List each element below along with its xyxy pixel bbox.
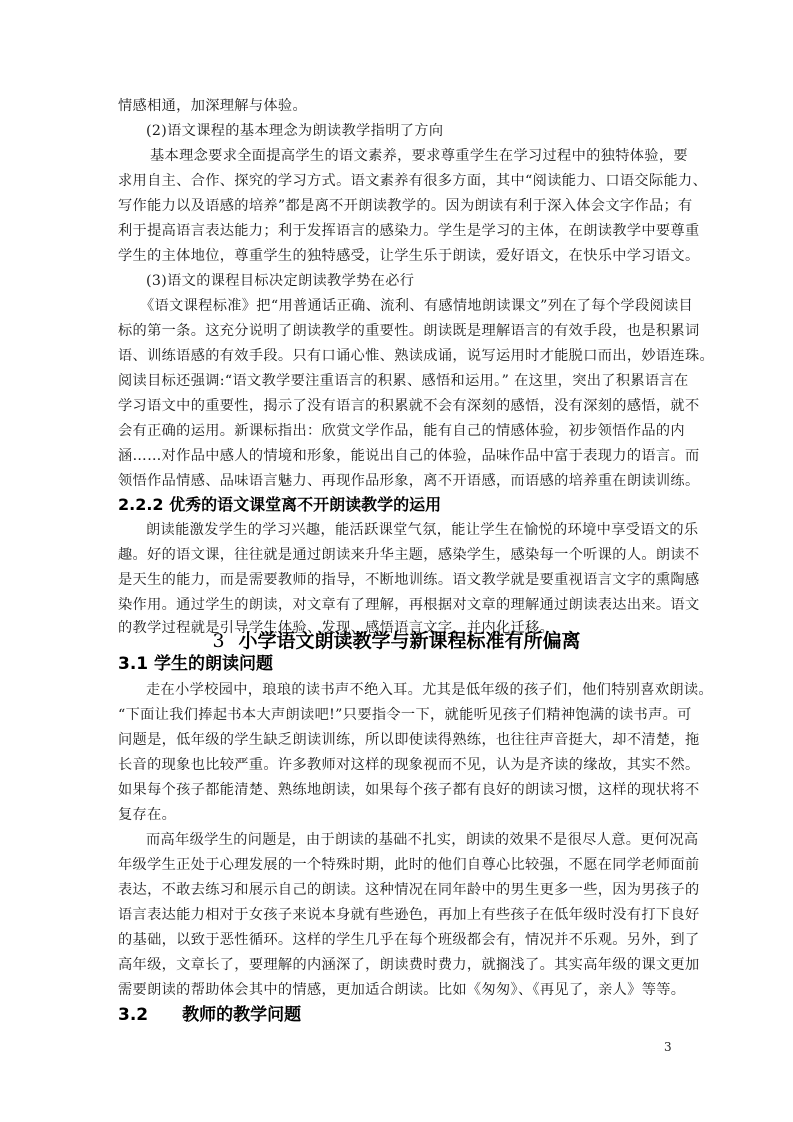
paragraph-line: 基本理念要求全面提高学生的语文素养，要求尊重学生在学习过程中的独特体验，要 [150, 146, 682, 166]
section-heading-3-2: 3.2教师的教学问题 [118, 1003, 301, 1027]
paragraph-line: 语言表达能力相对于女孩子来说本身就有些逊色，再加上有些孩子在低年级时没有打下良好 [118, 905, 678, 925]
subheading-3: (3)语文的课程目标决定朗读教学势在必行 [146, 271, 678, 291]
paragraph-line: 高年级，文章长了，要理解的内涵深了，朗读费时费力，就搁浅了。其实高年级的课文更加 [118, 955, 678, 975]
paragraph-line: 如果每个孩子都能清楚、熟练地朗读，如果每个孩子都有良好的朗读习惯，这样的现状将不 [118, 780, 678, 800]
chapter-title: 小学语文朗读教学与新课程标准有所偏离 [239, 630, 581, 652]
paragraph-line: 求用自主、合作、探究的学习方式。语文素养有很多方面，其中“阅读能力、口语交际能力… [118, 171, 678, 191]
section-heading-2-2-2: 2.2.2 优秀的语文课堂离不开朗读教学的运用 [118, 494, 441, 516]
paragraph-line: 领悟作品情感、品味语言魅力、再现作品形象，离不开语感，而语感的培养重在朗读训练。 [118, 471, 678, 491]
section-heading-3-1: 3.1 学生的朗读问题 [118, 652, 273, 676]
paragraph-line: 问题是，低年级的学生缺乏朗读训练，所以即使读得熟练，也往往声音挺大，却不清楚，拖 [118, 730, 678, 750]
paragraph-line: “下面让我们捧起书本大声朗读吧!”只要指令一下，就能听见孩子们精神饱满的读书声。… [118, 705, 678, 725]
paragraph-line: 《语文课程标准》把“用普通话正确、流利、有感情地朗读课文”列在了每个学段阅读目 [140, 296, 672, 316]
paragraph-line: 利于提高语言表达能力；利于发挥语言的感染力。学生是学习的主体，在朗读教学中要尊重 [118, 221, 678, 241]
paragraph-line: 年级学生正处于心理发展的一个特殊时期，此时的他们自尊心比较强，不愿在同学老师面前 [118, 855, 678, 875]
section-title: 教师的教学问题 [182, 1005, 301, 1025]
paragraph-line: 的基础，以致于恶性循环。这样的学生几乎在每个班级都会有，情况并不乐观。另外，到了 [118, 930, 678, 950]
paragraph-line: 情感相通，加深理解与体验。 [118, 96, 678, 116]
paragraph-line: 需要朗读的帮助体会其中的情感，更加适合朗读。比如《匆匆》、《再见了，亲人》等等。 [118, 980, 678, 1000]
paragraph-line: 复存在。 [118, 805, 678, 825]
paragraph-line: 表达，不敢去练习和展示自己的朗读。这种情况在同年龄中的男生更多一些，因为男孩子的 [118, 880, 678, 900]
paragraph-line: 是天生的能力，而是需要教师的指导，不断地训练。语文教学就是要重视语言文字的熏陶感 [118, 570, 678, 590]
chapter-heading: 3小学语文朗读教学与新课程标准有所偏离 [0, 628, 793, 654]
paragraph-line: 趣。好的语文课，往往就是通过朗读来升华主题，感染学生，感染每一个听课的人。朗读不 [118, 545, 678, 565]
paragraph-line: 写作能力以及语感的培养”都是离不开朗读教学的。因为朗读有利于深入体会文字作品；有 [118, 196, 678, 216]
paragraph-line: 标的第一条。这充分说明了朗读教学的重要性。朗读既是理解语言的有效手段，也是积累词 [118, 321, 678, 341]
paragraph-line: 走在小学校园中，琅琅的读书声不绝入耳。尤其是低年级的孩子们，他们特别喜欢朗读。 [146, 680, 678, 700]
section-number: 3.2 [118, 1005, 148, 1025]
paragraph-line: 阅读目标还强调:“语文教学要注重语言的积累、感悟和运用。” 在这里，突出了积累语… [118, 371, 678, 391]
chapter-number: 3 [212, 630, 224, 652]
page-number: 3 [664, 1040, 672, 1054]
paragraph-line: 长音的现象也比较严重。许多教师对这样的现象视而不见，认为是齐读的缘故，其实不然。 [118, 755, 678, 775]
paragraph-line: 语、训练语感的有效手段。只有口诵心惟、熟读成诵，说写运用时才能脱口而出，妙语连珠… [118, 346, 678, 366]
paragraph-line: 涵……对作品中感人的情境和形象，能说出自己的体验，品味作品中富于表现力的语言。而 [118, 446, 678, 466]
paragraph-line: 学生的主体地位，尊重学生的独特感受，让学生乐于朗读，爱好语文，在快乐中学习语文。 [118, 246, 678, 266]
subheading-2: (2)语文课程的基本理念为朗读教学指明了方向 [146, 121, 678, 141]
paragraph-line: 朗读能激发学生的学习兴趣，能活跃课堂气氛，能让学生在愉悦的环境中享受语文的乐 [146, 520, 678, 540]
paragraph-line: 而高年级学生的问题是，由于朗读的基础不扎实，朗读的效果不是很尽人意。更何况高 [146, 830, 678, 850]
paragraph-line: 学习语文中的重要性，揭示了没有语言的积累就不会有深刻的感悟，没有深刻的感悟，就不 [118, 396, 678, 416]
document-page: 情感相通，加深理解与体验。 (2)语文课程的基本理念为朗读教学指明了方向 基本理… [0, 0, 793, 1122]
paragraph-line: 染作用。通过学生的朗读，对文章有了理解，再根据对文章的理解通过朗读表达出来。语文 [118, 595, 678, 615]
paragraph-line: 会有正确的运用。新课标指出：欣赏文学作品，能有自己的情感体验，初步领悟作品的内 [118, 421, 678, 441]
